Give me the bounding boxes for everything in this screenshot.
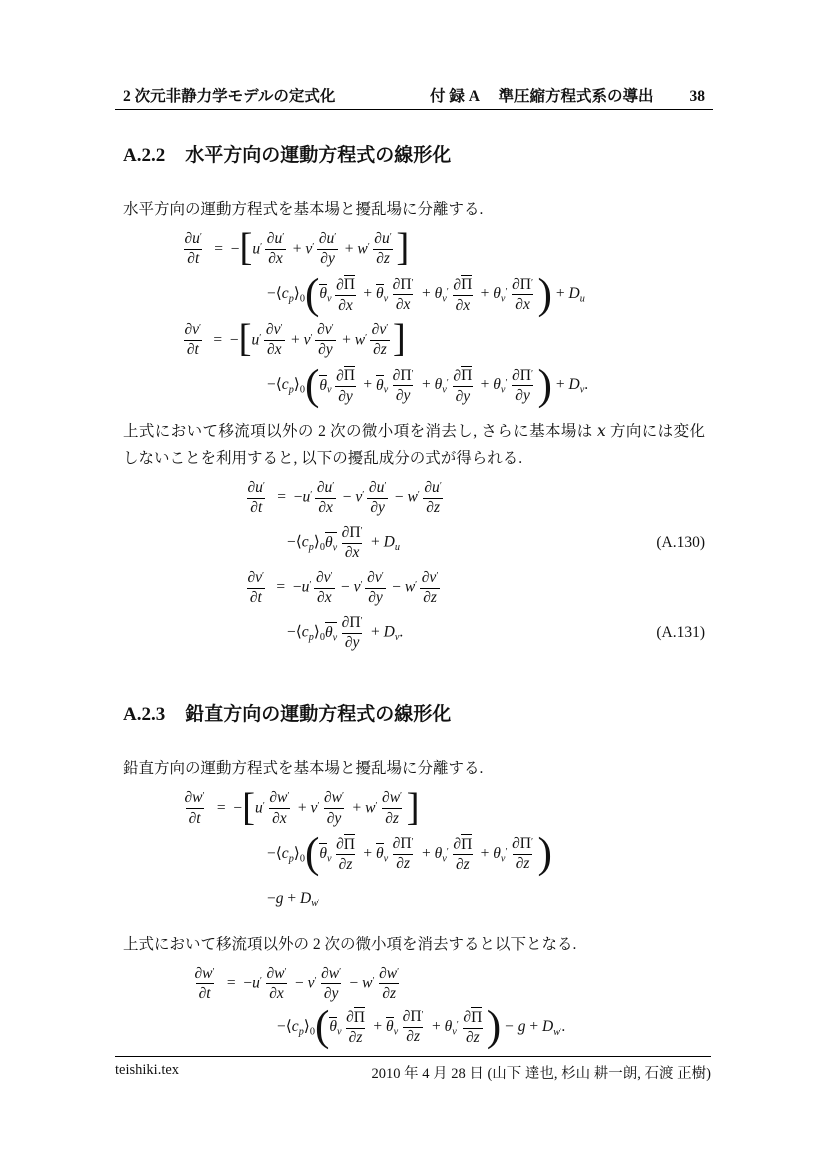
equation-content: −⟨cp⟩0θv∂Π′∂y + Dv. [287, 613, 403, 653]
equation-content: ∂w′∂t = −u′∂w′∂x − v′∂w′∂y − w′∂w′∂z [190, 964, 404, 1004]
equation-line: −⟨cp⟩0(θv∂Π∂z + θv∂Π′∂z + θv′∂Π∂z) − g +… [123, 1007, 705, 1048]
equation-tag: (A.131) [656, 624, 705, 642]
equation-block-horizontal-separation: ∂u′∂t = −[u′∂u′∂x + v′∂u′∂y + w′∂u′∂z]−⟨… [123, 229, 705, 406]
text-segment: 上式において移流項以外の 2 次の微小項を消去し, さらに基本場は [123, 423, 597, 440]
equation-content: −⟨cp⟩0(θv∂Π∂y + θv∂Π′∂y + θv′∂Π∂y + θv′∂… [267, 365, 588, 406]
equation-line: −⟨cp⟩0(θv∂Π∂z + θv∂Π′∂z + θv′∂Π∂z + θv′∂… [123, 834, 705, 875]
equation-content: −⟨cp⟩0θv∂Π′∂x + Du [287, 523, 400, 563]
equation-content: −⟨cp⟩0(θv∂Π∂x + θv∂Π′∂x + θv′∂Π∂x + θv′∂… [267, 274, 585, 315]
equation-content: −g + Dw′ [267, 890, 319, 910]
math-variable: x [597, 422, 606, 440]
equation-line: ∂u′∂t = −[u′∂u′∂x + v′∂u′∂y + w′∂u′∂z] [123, 229, 705, 269]
equation-line: ∂v′∂t = −u′∂v′∂x − v′∂v′∂y − w′∂v′∂z [123, 568, 705, 608]
paragraph-linearize-vertical: 上式において移流項以外の 2 次の微小項を消去すると以下となる. [123, 932, 705, 958]
equation-line: −⟨cp⟩0(θv∂Π∂x + θv∂Π′∂x + θv′∂Π∂x + θv′∂… [123, 274, 705, 315]
footer-date-authors: 2010 年 4 月 28 日 (山下 達也, 杉山 耕一朗, 石渡 正樹) [371, 1062, 711, 1083]
header-appendix-title: 付 録 A 準圧縮方程式系の導出 [430, 84, 653, 106]
page-number: 38 [690, 88, 706, 106]
section-heading-a22: A.2.2水平方向の運動方程式の線形化 [123, 140, 705, 167]
page-header: 2 次元非静力学モデルの定式化 付 録 A 準圧縮方程式系の導出 38 [123, 84, 705, 106]
equation-line: −⟨cp⟩0θv∂Π′∂y + Dv.(A.131) [123, 613, 705, 653]
equation-line: ∂u′∂t = −u′∂u′∂x − v′∂u′∂y − w′∂u′∂z [123, 478, 705, 518]
equation-line: ∂v′∂t = −[u′∂v′∂x + v′∂v′∂y + w′∂v′∂z] [123, 320, 705, 360]
equation-tag: (A.130) [656, 534, 705, 552]
equation-line: −⟨cp⟩0(θv∂Π∂y + θv∂Π′∂y + θv′∂Π∂y + θv′∂… [123, 365, 705, 406]
equation-content: ∂u′∂t = −u′∂u′∂x − v′∂u′∂y − w′∂u′∂z [243, 478, 446, 518]
equation-content: ∂v′∂t = −[u′∂v′∂x + v′∂v′∂y + w′∂v′∂z] [180, 321, 406, 361]
paragraph-linearize-horizontal: 上式において移流項以外の 2 次の微小項を消去し, さらに基本場は x 方向には… [123, 418, 705, 472]
section-title: 水平方向の運動方程式の線形化 [185, 145, 451, 166]
equation-block-vertical-separation: ∂w′∂t = −[u′∂w′∂x + v′∂w′∂y + w′∂w′∂z]−⟨… [123, 789, 705, 920]
equation-block-a130-a131: ∂u′∂t = −u′∂u′∂x − v′∂u′∂y − w′∂u′∂z−⟨cp… [123, 478, 705, 653]
header-rule [115, 109, 713, 110]
equation-content: −⟨cp⟩0(θv∂Π∂z + θv∂Π′∂z + θv′∂Π∂z) − g +… [277, 1007, 565, 1048]
equation-content: ∂u′∂t = −[u′∂u′∂x + v′∂u′∂y + w′∂u′∂z] [180, 230, 409, 270]
document-page: 2 次元非静力学モデルの定式化 付 録 A 準圧縮方程式系の導出 38 A.2.… [0, 0, 826, 1169]
equation-line: ∂w′∂t = −u′∂w′∂x − v′∂w′∂y − w′∂w′∂z [123, 964, 705, 1004]
equation-block-vertical-linearized: ∂w′∂t = −u′∂w′∂x − v′∂w′∂y − w′∂w′∂z−⟨cp… [123, 964, 705, 1048]
equation-line: ∂w′∂t = −[u′∂w′∂x + v′∂w′∂y + w′∂w′∂z] [123, 789, 705, 829]
paragraph-intro-horizontal: 水平方向の運動方程式を基本場と擾乱場に分離する. [123, 197, 705, 223]
equation-content: ∂v′∂t = −u′∂v′∂x − v′∂v′∂y − w′∂v′∂z [243, 568, 443, 608]
page-footer: teishiki.tex 2010 年 4 月 28 日 (山下 達也, 杉山 … [115, 1056, 711, 1083]
equation-line: −g + Dw′ [123, 880, 705, 920]
equation-line: −⟨cp⟩0θv∂Π′∂x + Du(A.130) [123, 523, 705, 563]
section-number: A.2.3 [123, 704, 165, 725]
section-title: 鉛直方向の運動方程式の線形化 [185, 704, 451, 725]
footer-filename: teishiki.tex [115, 1062, 179, 1083]
equation-content: ∂w′∂t = −[u′∂w′∂x + v′∂w′∂y + w′∂w′∂z] [180, 789, 420, 829]
paragraph-intro-vertical: 鉛直方向の運動方程式を基本場と擾乱場に分離する. [123, 756, 705, 782]
section-heading-a23: A.2.3鉛直方向の運動方程式の線形化 [123, 699, 705, 726]
section-number: A.2.2 [123, 145, 165, 166]
header-running-title: 2 次元非静力学モデルの定式化 [123, 84, 335, 106]
equation-content: −⟨cp⟩0(θv∂Π∂z + θv∂Π′∂z + θv′∂Π∂z + θv′∂… [267, 834, 552, 875]
